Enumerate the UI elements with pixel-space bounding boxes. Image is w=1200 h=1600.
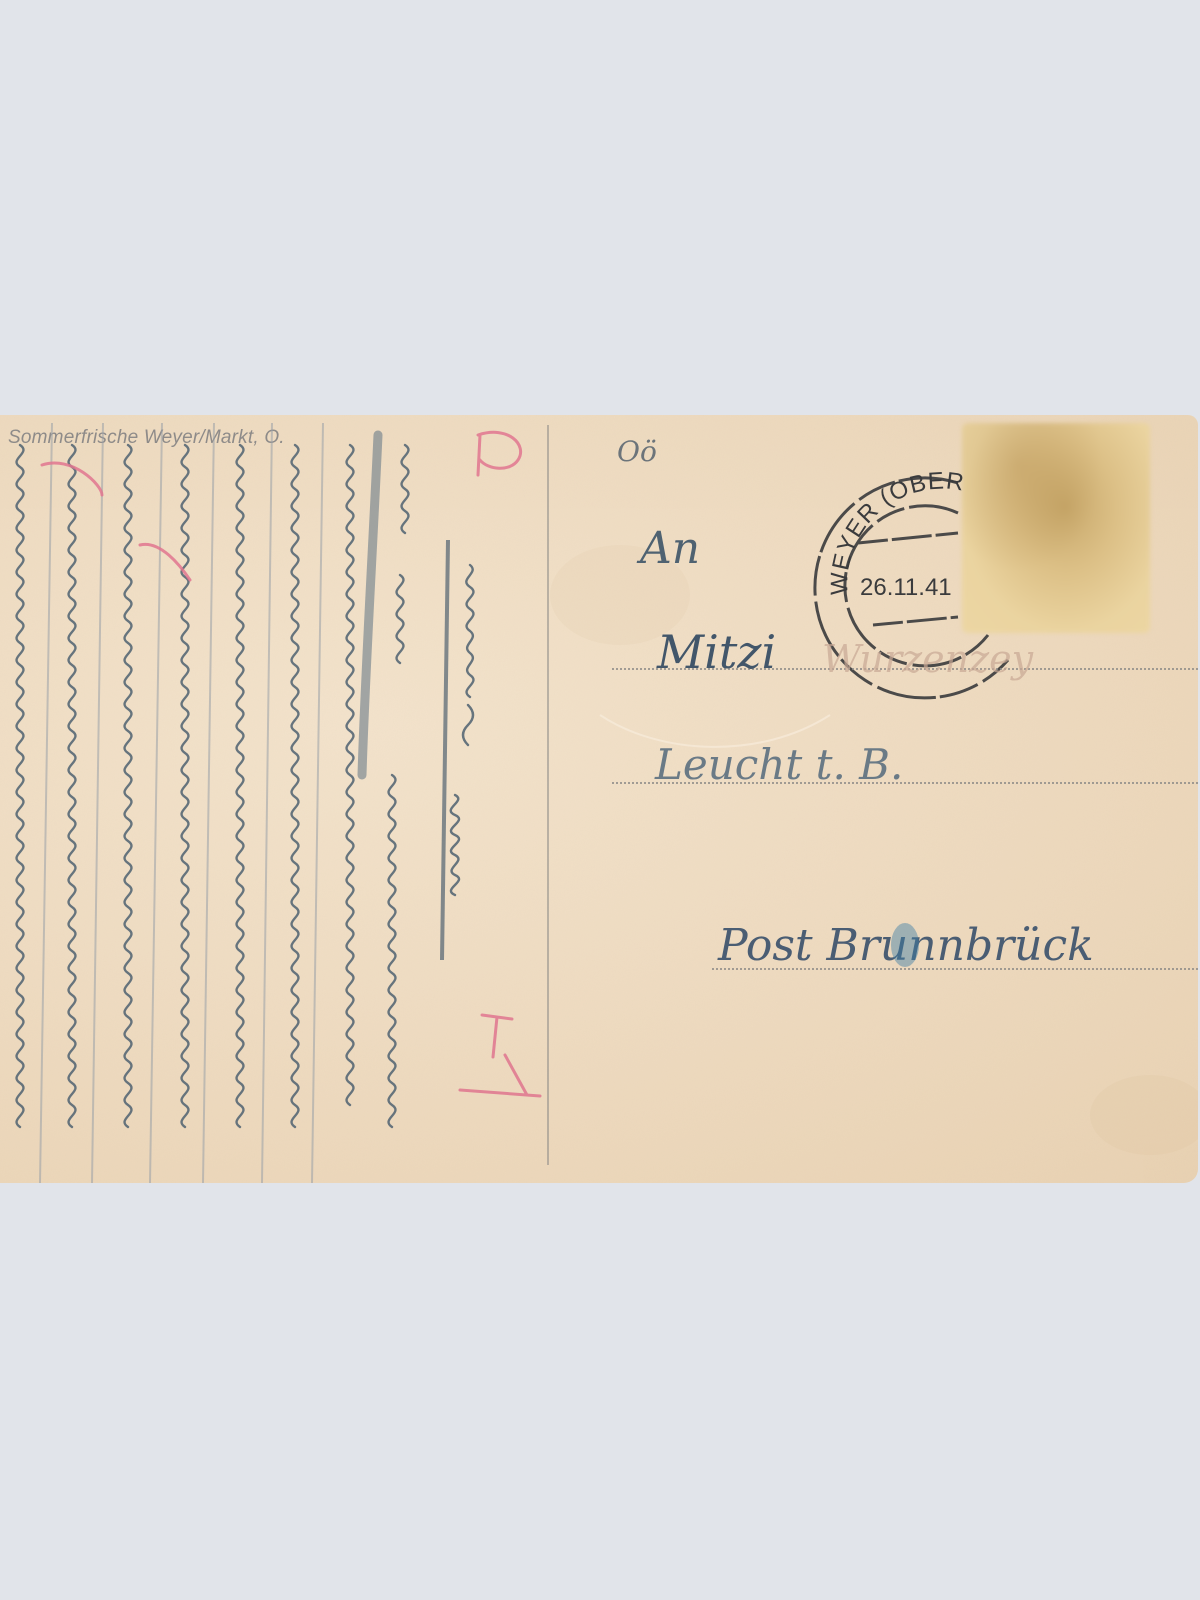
ink-blot [0, 415, 1198, 1183]
postcard: Sommerfrische Weyer/Markt, O. [0, 415, 1198, 1183]
